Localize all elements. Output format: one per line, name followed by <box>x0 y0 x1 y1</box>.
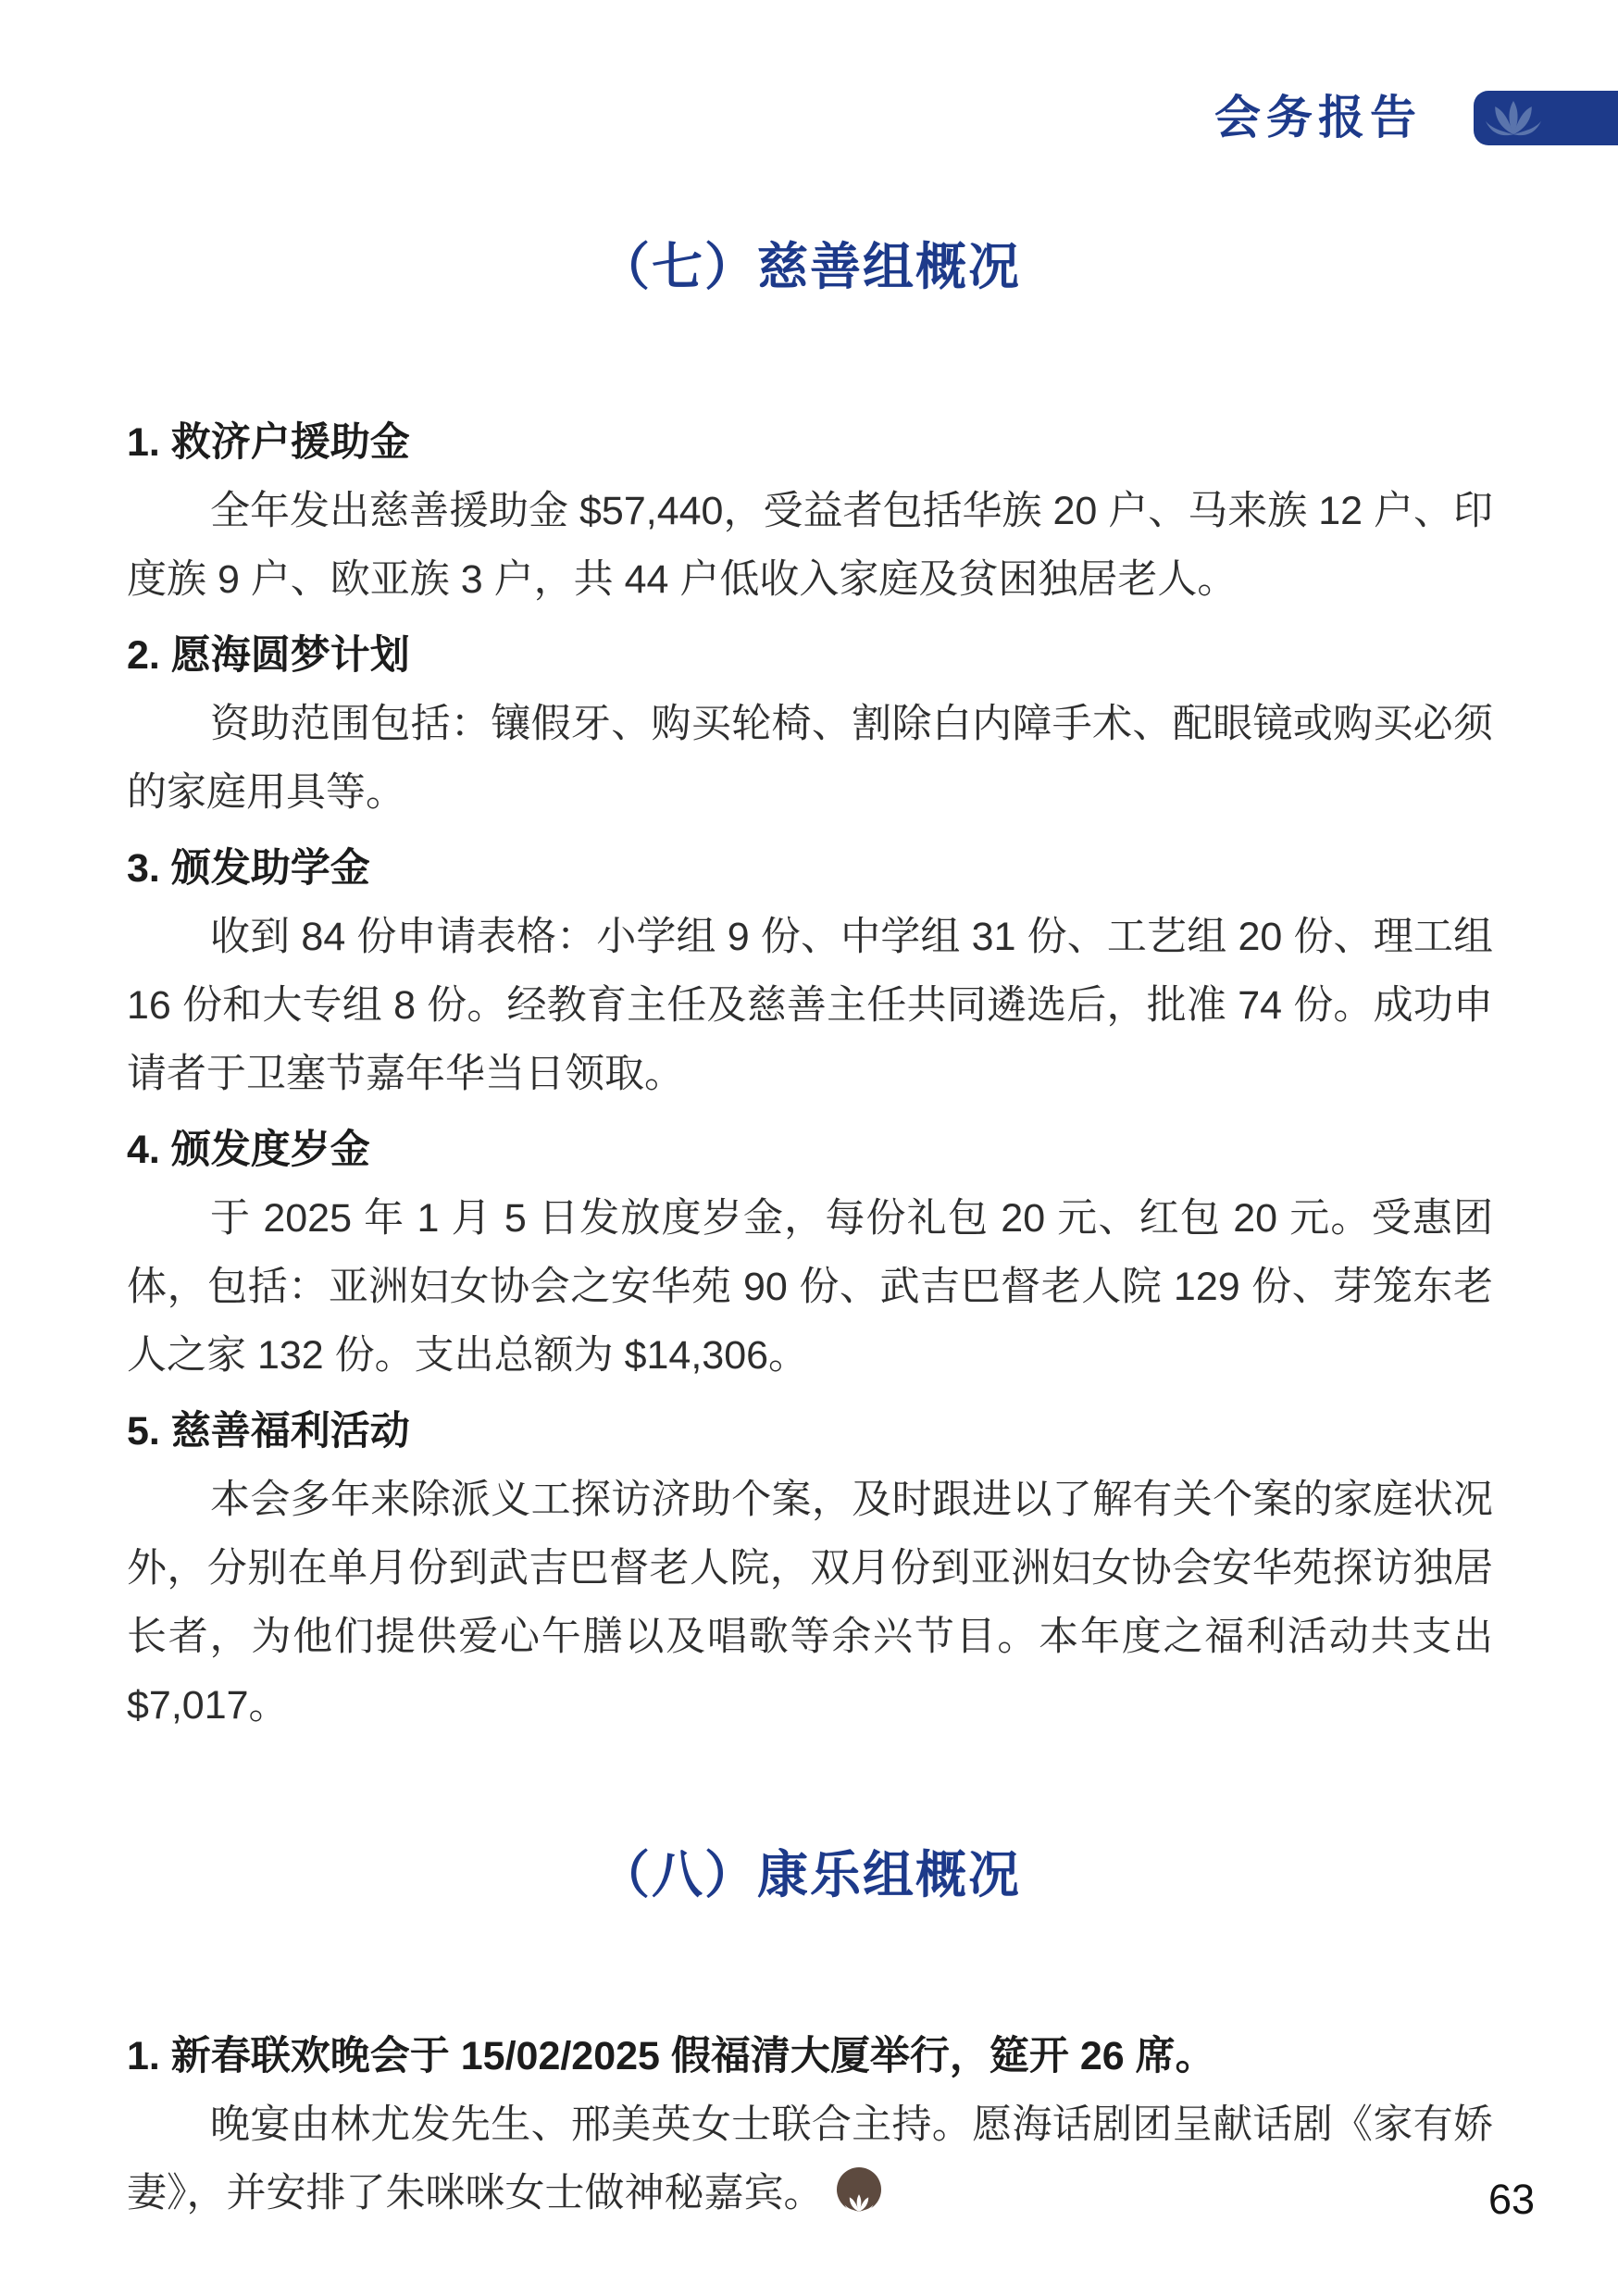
charity-item-3: 3. 颁发助学金 收到 84 份申请表格：小学组 9 份、中学组 31 份、工艺… <box>127 834 1493 1108</box>
charity-item-2: 2. 愿海圆梦计划 资助范围包括：镶假牙、购买轮椅、割除白内障手术、配眼镜或购买… <box>127 621 1493 827</box>
charity-item-3-body: 收到 84 份申请表格：小学组 9 份、中学组 31 份、工艺组 20 份、理工… <box>127 903 1493 1108</box>
recreation-item-1-heading: 1. 新春联欢晚会于 15/02/2025 假福清大厦举行，筵开 26 席。 <box>127 2022 1493 2090</box>
charity-item-5: 5. 慈善福利活动 本会多年来除派义工探访济助个案，及时跟进以了解有关个案的家庭… <box>127 1397 1493 1740</box>
recreation-item-1: 1. 新春联欢晚会于 15/02/2025 假福清大厦举行，筵开 26 席。 晚… <box>127 2022 1493 2227</box>
charity-item-1-body: 全年发出慈善援助金 $57,440，受益者包括华族 20 户、马来族 12 户、… <box>127 477 1493 614</box>
lotus-end-badge <box>837 2167 881 2212</box>
header-tab <box>1474 91 1618 145</box>
charity-item-4-heading: 4. 颁发度岁金 <box>127 1116 1493 1184</box>
charity-item-2-body: 资助范围包括：镶假牙、购买轮椅、割除白内障手术、配眼镜或购买必须的家庭用具等。 <box>127 690 1493 827</box>
report-page: 会务报告 （七）慈善组概况 1. 救济户援助金 全年发 <box>0 0 1618 2296</box>
charity-item-4-body: 于 2025 年 1 月 5 日发放度岁金，每份礼包 20 元、红包 20 元。… <box>127 1184 1493 1390</box>
section8-title: （八）康乐组概况 <box>127 1834 1493 1907</box>
charity-item-4: 4. 颁发度岁金 于 2025 年 1 月 5 日发放度岁金，每份礼包 20 元… <box>127 1116 1493 1390</box>
charity-item-1: 1. 救济户援助金 全年发出慈善援助金 $57,440，受益者包括华族 20 户… <box>127 408 1493 614</box>
charity-item-5-heading: 5. 慈善福利活动 <box>127 1397 1493 1466</box>
page-number: 63 <box>1488 2176 1535 2224</box>
charity-item-2-heading: 2. 愿海圆梦计划 <box>127 621 1493 690</box>
content-column: （七）慈善组概况 1. 救济户援助金 全年发出慈善援助金 $57,440，受益者… <box>127 0 1493 2227</box>
charity-item-3-heading: 3. 颁发助学金 <box>127 834 1493 903</box>
charity-item-1-heading: 1. 救济户援助金 <box>127 408 1493 477</box>
section8-items: 1. 新春联欢晚会于 15/02/2025 假福清大厦举行，筵开 26 席。 晚… <box>127 2022 1493 2227</box>
charity-item-5-body: 本会多年来除派义工探访济助个案，及时跟进以了解有关个案的家庭状况外，分别在单月份… <box>127 1466 1493 1740</box>
lotus-icon <box>1485 99 1542 138</box>
recreation-item-1-body: 晚宴由林尤发先生、邢美英女士联合主持。愿海话剧团呈献话剧《家有娇妻》，并安排了朱… <box>127 2090 1493 2227</box>
section7-title: （七）慈善组概况 <box>127 226 1493 299</box>
section7-items: 1. 救济户援助金 全年发出慈善援助金 $57,440，受益者包括华族 20 户… <box>127 408 1493 1740</box>
recreation-item-1-body-text: 晚宴由林尤发先生、邢美英女士联合主持。愿海话剧团呈献话剧《家有娇妻》，并安排了朱… <box>127 2103 1493 2215</box>
